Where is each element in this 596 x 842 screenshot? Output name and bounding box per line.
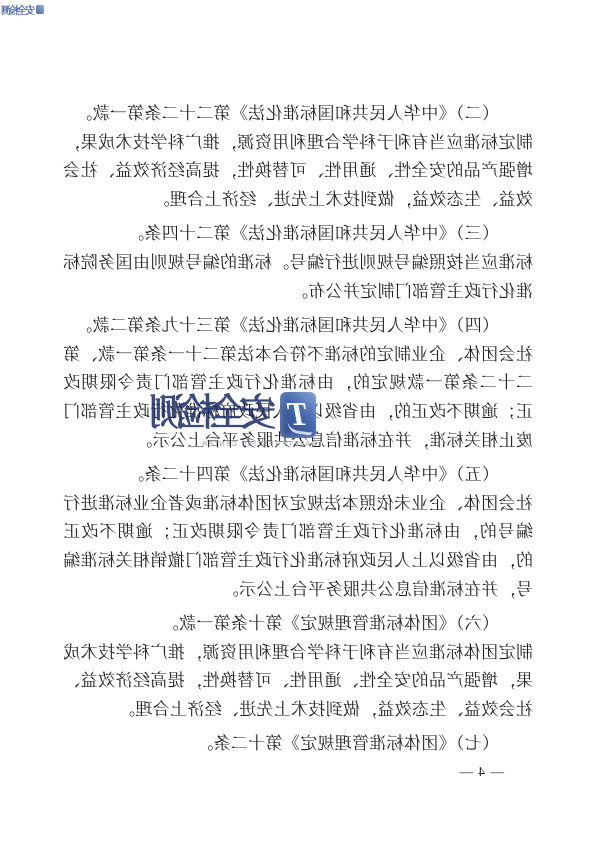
scanned-page: （二）《中华人民共和国标准化法》第二十二条第一款。制定标准应当有利于科学合理利用… (0, 0, 596, 842)
section-body: 社会团体、企业制定的标准不符合本法第二十一条第一款、第二十二条第一款规定的，由标… (63, 341, 533, 455)
section-heading: （六）《团体标准管理规定》第十条第一款。 (63, 610, 533, 639)
section-body: 社会团体、企业未依照本法规定对团体标准或者企业标准进行编号的，由标准化行政主管部… (63, 490, 533, 604)
section-heading: （七）《团体标准管理规定》第十二条。 (63, 730, 533, 759)
corner-stamp-name: 安全检测 (3, 2, 35, 17)
section-heading: （四）《中华人民共和国标准化法》第三十九条第二款。 (63, 312, 533, 341)
document-sections: （二）《中华人民共和国标准化法》第二十二条第一款。制定标准应当有利于科学合理利用… (63, 100, 533, 759)
corner-stamp: 安全检测 (3, 2, 44, 17)
section-heading: （三）《中华人民共和国标准化法》第二十四条。 (63, 220, 533, 249)
section-body: 标准应当按照编号规则进行编号。标准的编号规则由国务院标准化行政主管部门制定并公布… (63, 249, 533, 306)
corner-stamp-logo-icon (36, 5, 44, 14)
section-heading: （五）《中华人民共和国标准化法》第四十二条。 (63, 461, 533, 490)
page-number: — 4 — (444, 764, 504, 780)
section-body: 制定团体标准应当有利于科学合理利用资源，推广科学技术成果，增强产品的安全性、通用… (63, 639, 533, 725)
section-heading: （二）《中华人民共和国标准化法》第二十二条第一款。 (63, 100, 533, 129)
section-body: 制定标准应当有利于科学合理利用资源，推广科学技术成果，增强产品的安全性、通用性、… (63, 129, 533, 215)
mirrored-scan-content: （二）《中华人民共和国标准化法》第二十二条第一款。制定标准应当有利于科学合理利用… (0, 0, 596, 842)
